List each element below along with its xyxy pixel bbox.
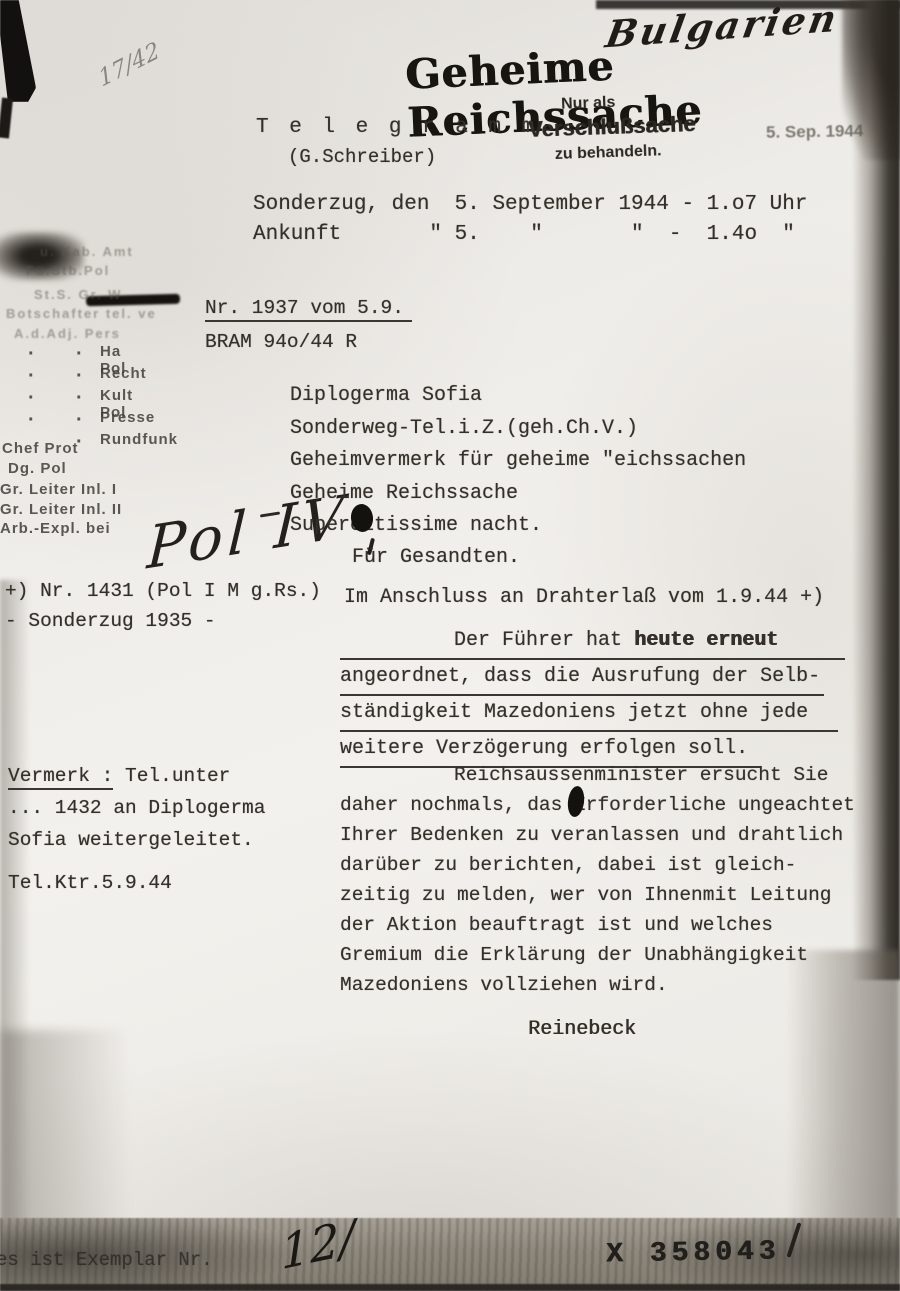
vermerk-line1-rest: Tel.unter <box>113 765 230 787</box>
request-line: Reichsaussenminister ersucht Sie <box>340 760 855 790</box>
bram-number: BRAM 94o/44 R <box>205 331 357 353</box>
signature: Reinebeck <box>528 1018 636 1041</box>
vermerk-line2: ... 1432 an Diplogerma <box>8 792 265 824</box>
order-line1-bold: heute erneut <box>634 629 778 652</box>
distribution-item: Arb.-Expl. bei <box>0 520 111 537</box>
distribution-item: Chef Prot <box>2 440 79 457</box>
margin-reference-line: +) Nr. 1431 (Pol I M g.Rs.) <box>5 580 321 602</box>
scan-artifact-left-lower-band <box>0 580 30 1230</box>
request-line: Mazedoniens vollziehen wird. <box>340 970 855 1000</box>
vermerk-note: Vermerk : Tel.unter ... 1432 an Diploger… <box>8 760 265 856</box>
salutation: Für Gesandten. <box>352 546 520 569</box>
serial-number-stamp: X 358043 <box>606 1236 781 1270</box>
dispatch-line: Sonderzug, den 5. September 1944 - 1.o7 … <box>253 193 808 216</box>
telegram-number-text: Nr. 1937 vom 5.9. <box>205 297 412 322</box>
copy-number-label: es ist Exemplar Nr. <box>0 1249 213 1271</box>
scan-artifact-left-top-mark <box>0 0 36 102</box>
dot-mark: · <box>76 343 84 366</box>
illegible-stamp-line: Botschafter tel. ve <box>6 306 157 321</box>
order-line: angeordnet, dass die Ausrufung der Selb- <box>340 660 824 696</box>
request-line: der Aktion beauftragt ist und welches <box>340 910 855 940</box>
request-paragraph: Reichsaussenminister ersucht Sie daher n… <box>340 760 855 1000</box>
tel-control-line: Tel.Ktr.5.9.44 <box>8 872 172 894</box>
illegible-stamp-line: Fü.Stb.Pol <box>26 263 110 278</box>
distribution-item: Recht <box>100 365 147 382</box>
distribution-item: Rundfunk <box>100 431 178 448</box>
order-line: ständigkeit Mazedoniens jetzt ohne jede <box>340 696 838 732</box>
address-line: Geheime Reichssache <box>290 478 746 511</box>
vermerk-line3: Sofia weitergeleitet. <box>8 824 265 856</box>
order-line1-pre: Der Führer hat <box>454 629 634 652</box>
dot-mark: · <box>28 343 36 366</box>
scan-artifact-right-band <box>852 0 900 980</box>
vermerk-line1: Vermerk : Tel.unter <box>8 760 265 792</box>
order-line: Der Führer hat heute erneut <box>340 624 845 660</box>
request-line: darüber zu berichten, dabei ist gleich- <box>340 850 855 880</box>
distribution-item: Gr. Leiter Inl. II <box>0 501 122 518</box>
dot-mark: · <box>76 387 84 410</box>
handling-stamp-line1: Nur als <box>561 91 695 114</box>
fuehrer-order-paragraph: Der Führer hat heute erneut angeordnet, … <box>340 624 845 768</box>
vermerk-label: Vermerk : <box>8 765 113 790</box>
intro-line: Im Anschluss an Drahterlaß vom 1.9.44 +) <box>344 586 824 609</box>
margin-reference-line: - Sonderzug 1935 - <box>5 610 216 632</box>
request-line: Gremium die Erklärung der Unabhängigkeit <box>340 940 855 970</box>
dot-mark: · <box>28 365 36 388</box>
handwritten-file-mark: 17/42 <box>96 37 163 92</box>
address-line: Supercitissime nacht. <box>290 510 746 543</box>
date-received-stamp: 5. Sep. 1944 <box>766 121 864 143</box>
handling-stamp-line2: Verschlußsache <box>528 111 696 143</box>
telegram-kind-label: T e l e g r a m m <box>256 116 538 139</box>
request-line: Ihrer Bedenken zu veranlassen und drahtl… <box>340 820 855 850</box>
illegible-stamp-line: St.S. Gr. W <box>34 287 122 302</box>
scanned-telegram-page: Bulgarien 17/42 Pol IV Geheime Reichssac… <box>0 0 900 1291</box>
dot-mark: · <box>28 387 36 410</box>
handling-stamp: Nur als Verschlußsache zu behandeln. <box>527 91 697 165</box>
distribution-item: Gr. Leiter Inl. I <box>0 481 117 498</box>
arrival-line: Ankunft " 5. " " - 1.4o " <box>253 223 795 246</box>
address-line: Geheimvermerk für geheime "eichssachen <box>290 445 746 478</box>
request-line: daher nochmals, das Erforderliche ungeac… <box>340 790 855 820</box>
address-block: Diplogerma Sofia Sonderweg-Tel.i.Z.(geh.… <box>290 380 746 543</box>
distribution-item: Presse <box>100 409 155 426</box>
handling-stamp-line3: zu behandeln. <box>555 141 697 164</box>
illegible-stamp-line: u. Kab. Amt <box>40 244 134 259</box>
dot-mark: · <box>28 409 36 432</box>
scan-artifact-left-bottom-mottle <box>0 1030 130 1230</box>
request-line: zeitig zu melden, wer von Ihnenmit Leitu… <box>340 880 855 910</box>
dot-mark: · <box>76 409 84 432</box>
handwritten-copy-number: 12/ <box>280 1210 356 1282</box>
pen-stroke <box>787 1222 802 1257</box>
address-line: Diplogerma Sofia <box>290 380 746 413</box>
scan-artifact-bottom-edge <box>0 1284 900 1291</box>
illegible-stamp-line: A.d.Adj. Pers <box>14 326 121 341</box>
scan-artifact-left-mark-2 <box>0 98 13 139</box>
telegram-number: Nr. 1937 vom 5.9. <box>205 297 412 319</box>
telegram-operator: (G.Schreiber) <box>288 146 436 168</box>
dot-mark: · <box>76 365 84 388</box>
distribution-item: Dg. Pol <box>8 460 67 477</box>
address-line: Sonderweg-Tel.i.Z.(geh.Ch.V.) <box>290 413 746 446</box>
